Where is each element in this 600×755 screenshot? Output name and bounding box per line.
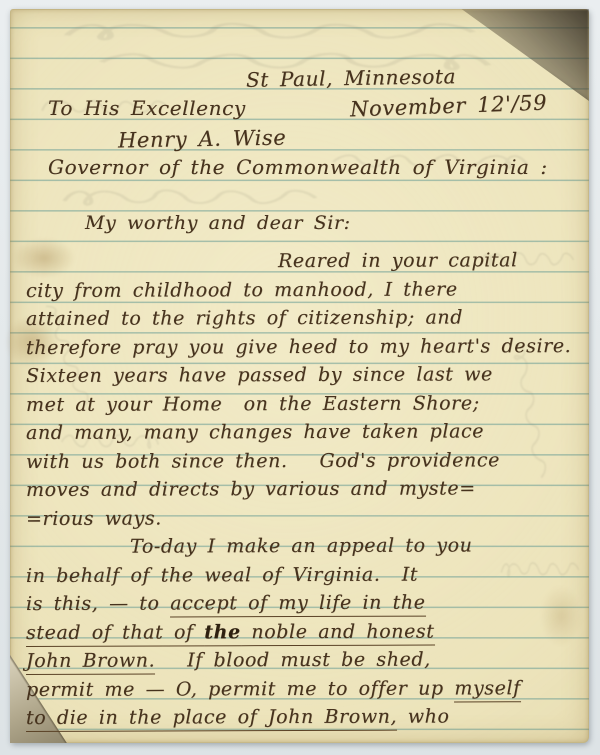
letter-line: moves and directs by various and myste= (26, 474, 582, 504)
letter-line: Sixteen years have passed by since last … (26, 360, 582, 390)
handwriting-layer: St Paul, Minnesota To His Excellency Nov… (0, 0, 600, 755)
letter-text-segment: moves and directs by various and myste= (26, 477, 476, 501)
letter-line: stead of that of the noble and honest (26, 617, 582, 647)
letter-text-segment: in behalf of the weal of Virginia. It (26, 563, 418, 586)
letter-line: Reared in your capital (26, 246, 582, 276)
letter-line: John Brown. If blood must be shed, (26, 645, 582, 675)
letter-place: St Paul, Minnesota (246, 65, 456, 92)
letter-text-segment: Reared in your capital (278, 249, 518, 272)
letter-recipient-title: Governor of the Commonwealth of Virginia… (48, 156, 548, 179)
underlined-text: noble and honest (241, 620, 435, 646)
letter-text-segment: and many, many changes have taken place (26, 420, 484, 444)
letter-recipient-name: Henry A. Wise (118, 126, 287, 153)
letter-text-segment: If blood must be shed, (155, 649, 431, 672)
underlined-text: the (204, 621, 241, 646)
underlined-text: stead of that of (26, 621, 204, 647)
underlined-text: myself (454, 677, 521, 702)
letter-text-segment: city from childhood to manhood, I there (26, 278, 458, 302)
underlined-text: accept of my life in the (170, 592, 425, 618)
letter-line: attained to the rights of citizenship; a… (26, 303, 582, 333)
letter-text-segment: who (397, 705, 449, 727)
scanned-letter-photo: St Paul, Minnesota To His Excellency Nov… (0, 0, 600, 755)
letter-line: therefore pray you give heed to my heart… (26, 332, 582, 362)
letter-body: Reared in your capitalcity from childhoo… (26, 247, 582, 732)
letter-line: with us both since then. God's providenc… (26, 446, 582, 476)
letter-text-segment: met at your Home on the Eastern Shore; (26, 392, 480, 416)
letter-text-segment: attained to the rights of citizenship; a… (26, 306, 463, 330)
letter-line: city from childhood to manhood, I there (26, 275, 582, 305)
letter-line: and many, many changes have taken place (26, 417, 582, 447)
letter-line: to die in the place of John Brown, who (26, 702, 582, 732)
letter-text-segment: with us both since then. God's providenc… (26, 449, 500, 473)
letter-text-segment: permit me — O, permit me to offer up (26, 677, 454, 700)
letter-text-segment: is this, — to (26, 592, 170, 615)
letter-line: =rious ways. (26, 503, 582, 533)
letter-to-excellency: To His Excellency (48, 97, 246, 120)
letter-line: To-day I make an appeal to you (26, 531, 582, 561)
letter-date: November 12'/59 (350, 91, 548, 122)
letter-text-segment: To-day I make an appeal to you (130, 534, 473, 557)
letter-line: met at your Home on the Eastern Shore; (26, 389, 582, 419)
letter-text-segment: =rious ways. (26, 507, 162, 529)
letter-line: permit me — O, permit me to offer up mys… (26, 674, 582, 704)
underlined-text: John Brown. (26, 650, 155, 675)
letter-text-segment: therefore pray you give heed to my heart… (26, 335, 571, 359)
letter-text-segment: Sixteen years have passed by since last … (26, 363, 493, 387)
underlined-text: to die in the place of John Brown, (26, 706, 397, 732)
letter-line: in behalf of the weal of Virginia. It (26, 560, 582, 590)
letter-salutation: My worthy and dear Sir: (85, 213, 351, 235)
letter-line: is this, — to accept of my life in the (26, 588, 582, 618)
